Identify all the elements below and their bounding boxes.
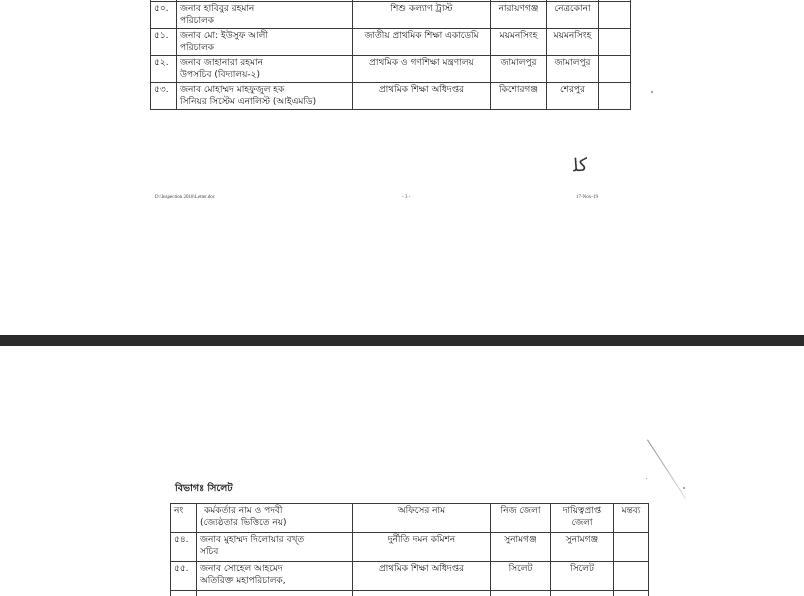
- header-assigned-label-2: জেলা: [554, 517, 610, 529]
- footer-file-path: D:\Inspection 2018\Letter.doc: [155, 195, 215, 200]
- header-remarks: মন্তব্য: [614, 504, 649, 533]
- signature: ﻛﻠ: [572, 155, 588, 177]
- officer-cell: জনাব মোহাম্মদ মাহফুজুল হকসিনিয়র সিস্টেম…: [177, 83, 353, 110]
- scan-speck: [646, 478, 647, 479]
- header-assigned-label: দায়িত্বপ্রাপ্ত: [554, 505, 610, 517]
- row-number: ৫৩.: [151, 83, 177, 110]
- document-page-3: (জ্যেষ্ঠতার ভিত্তিতে নয়) জেলা ৫০. জনাব …: [0, 0, 804, 335]
- footer-date: 17-Nov-19: [576, 195, 598, 200]
- officer-name: জনাব মোহাম্মদ মাহফুজুল হক: [180, 84, 349, 96]
- scan-speck: [683, 487, 685, 489]
- assigned-district: ময়মনসিংহ: [547, 29, 599, 56]
- officer-cell: জনাব মুহাম্মদ দিলোয়ার বখ্তসচিব: [197, 533, 353, 562]
- assigned-district: জামালপুর: [547, 56, 599, 83]
- header-name-note: (জ্যেষ্ঠতার ভিত্তিতে নয়): [200, 517, 349, 529]
- office-name: দুর্নীতি দমন কমিশন: [353, 533, 491, 562]
- office-name: জাতীয় প্রাথমিক শিক্ষা একাডেমি: [353, 29, 491, 56]
- officer-designation: পরিচালক: [180, 42, 349, 54]
- office-name: প্রাথমিক শিক্ষা অধিদপ্তর: [353, 562, 491, 591]
- header-no: নং: [171, 504, 197, 533]
- officer-designation: অতিরিক্ত মহাপরিচালক,: [200, 575, 349, 587]
- header-home-district: নিজ জেলা: [491, 504, 551, 533]
- table-row: ৫৩. জনাব মোহাম্মদ মাহফুজুল হকসিনিয়র সিস…: [151, 83, 631, 110]
- officer-cell: জনাব জাহানারা রহমানউপসচিব (বিদ্যালয়-২): [177, 56, 353, 83]
- table-row: ৫৫. জনাব সোহেল আহমেদঅতিরিক্ত মহাপরিচালক,…: [171, 562, 649, 591]
- officer-designation: উপসচিব (বিদ্যালয়-২): [180, 69, 349, 81]
- assigned-district: নেত্রকোনা: [547, 2, 599, 29]
- header-assigned-district: দায়িত্বপ্রাপ্তজেলা: [551, 504, 614, 533]
- document-page-4: বিভাগঃ সিলেট নং কর্মকর্তার নাম ও পদবী(জ্…: [0, 346, 804, 596]
- home-district: সিলেট: [491, 562, 551, 591]
- officer-cell: জনাব সোহেল আহমেদঅতিরিক্ত মহাপরিচালক,: [197, 562, 353, 591]
- row-number: ৫০.: [151, 2, 177, 29]
- remarks: [599, 56, 631, 83]
- page-divider: [0, 335, 804, 346]
- assigned-district: শেরপুর: [547, 83, 599, 110]
- officer-name: জনাব হাবিবুর রহমান: [180, 3, 349, 15]
- officer-cell: জনাব মো: ইউসুফ আলীপরিচালক: [177, 29, 353, 56]
- table-row: ৫৪. জনাব মুহাম্মদ দিলোয়ার বখ্তসচিব দুর্…: [171, 533, 649, 562]
- office-name: প্রাথমিক শিক্ষা অধিদপ্তর: [353, 83, 491, 110]
- footer-page-number: - 3 -: [402, 195, 410, 200]
- remarks: [599, 83, 631, 110]
- row-number: ৫৪.: [171, 533, 197, 562]
- office-name: শিশু কল্যাণ ট্রাস্ট: [353, 2, 491, 29]
- assigned-district: সুনামগঞ্জ: [551, 533, 614, 562]
- home-district: জামালপুর: [491, 56, 547, 83]
- scan-speck: [651, 91, 653, 93]
- officer-designation: সচিব: [200, 546, 349, 558]
- home-district: কিশোরগঞ্জ: [491, 83, 547, 110]
- remarks: [599, 29, 631, 56]
- header-name-label: কর্মকর্তার নাম ও পদবী: [200, 505, 349, 517]
- officer-designation: সিনিয়র সিস্টেম এনালিস্ট (আইএমডি): [180, 96, 349, 108]
- officer-name: জনাব মুহাম্মদ দিলোয়ার বখ্ত: [200, 534, 349, 546]
- table-row-cut: [171, 591, 649, 596]
- officer-designation: পরিচালক: [180, 15, 349, 27]
- header-name: কর্মকর্তার নাম ও পদবী(জ্যেষ্ঠতার ভিত্তিত…: [197, 504, 353, 533]
- sylhet-division-table: নং কর্মকর্তার নাম ও পদবী(জ্যেষ্ঠতার ভিত্…: [170, 503, 649, 596]
- remarks: [614, 562, 649, 591]
- officer-name: জনাব সোহেল আহমেদ: [200, 563, 349, 575]
- home-district: সুনামগঞ্জ: [491, 533, 551, 562]
- remarks: [599, 2, 631, 29]
- officer-assignment-table: (জ্যেষ্ঠতার ভিত্তিতে নয়) জেলা ৫০. জনাব …: [150, 0, 631, 110]
- table-header-row: নং কর্মকর্তার নাম ও পদবী(জ্যেষ্ঠতার ভিত্…: [171, 504, 649, 533]
- office-name: প্রাথমিক ও গণশিক্ষা মন্ত্রণালয়: [353, 56, 491, 83]
- remarks: [614, 533, 649, 562]
- home-district: নারায়ণগঞ্জ: [491, 2, 547, 29]
- division-title: বিভাগঃ সিলেট: [175, 482, 233, 497]
- row-number: ৫২.: [151, 56, 177, 83]
- row-number: ৫৫.: [171, 562, 197, 591]
- officer-cell: জনাব হাবিবুর রহমানপরিচালক: [177, 2, 353, 29]
- officer-name: জনাব মো: ইউসুফ আলী: [180, 30, 349, 42]
- row-number: ৫১.: [151, 29, 177, 56]
- officer-name: জনাব জাহানারা রহমান: [180, 57, 349, 69]
- header-office: অফিসের নাম: [353, 504, 491, 533]
- table-row: ৫২. জনাব জাহানারা রহমানউপসচিব (বিদ্যালয়…: [151, 56, 631, 83]
- table-row: ৫১. জনাব মো: ইউসুফ আলীপরিচালক জাতীয় প্র…: [151, 29, 631, 56]
- table-row: ৫০. জনাব হাবিবুর রহমানপরিচালক শিশু কল্যা…: [151, 2, 631, 29]
- assigned-district: সিলেট: [551, 562, 614, 591]
- home-district: ময়মনসিংহ: [491, 29, 547, 56]
